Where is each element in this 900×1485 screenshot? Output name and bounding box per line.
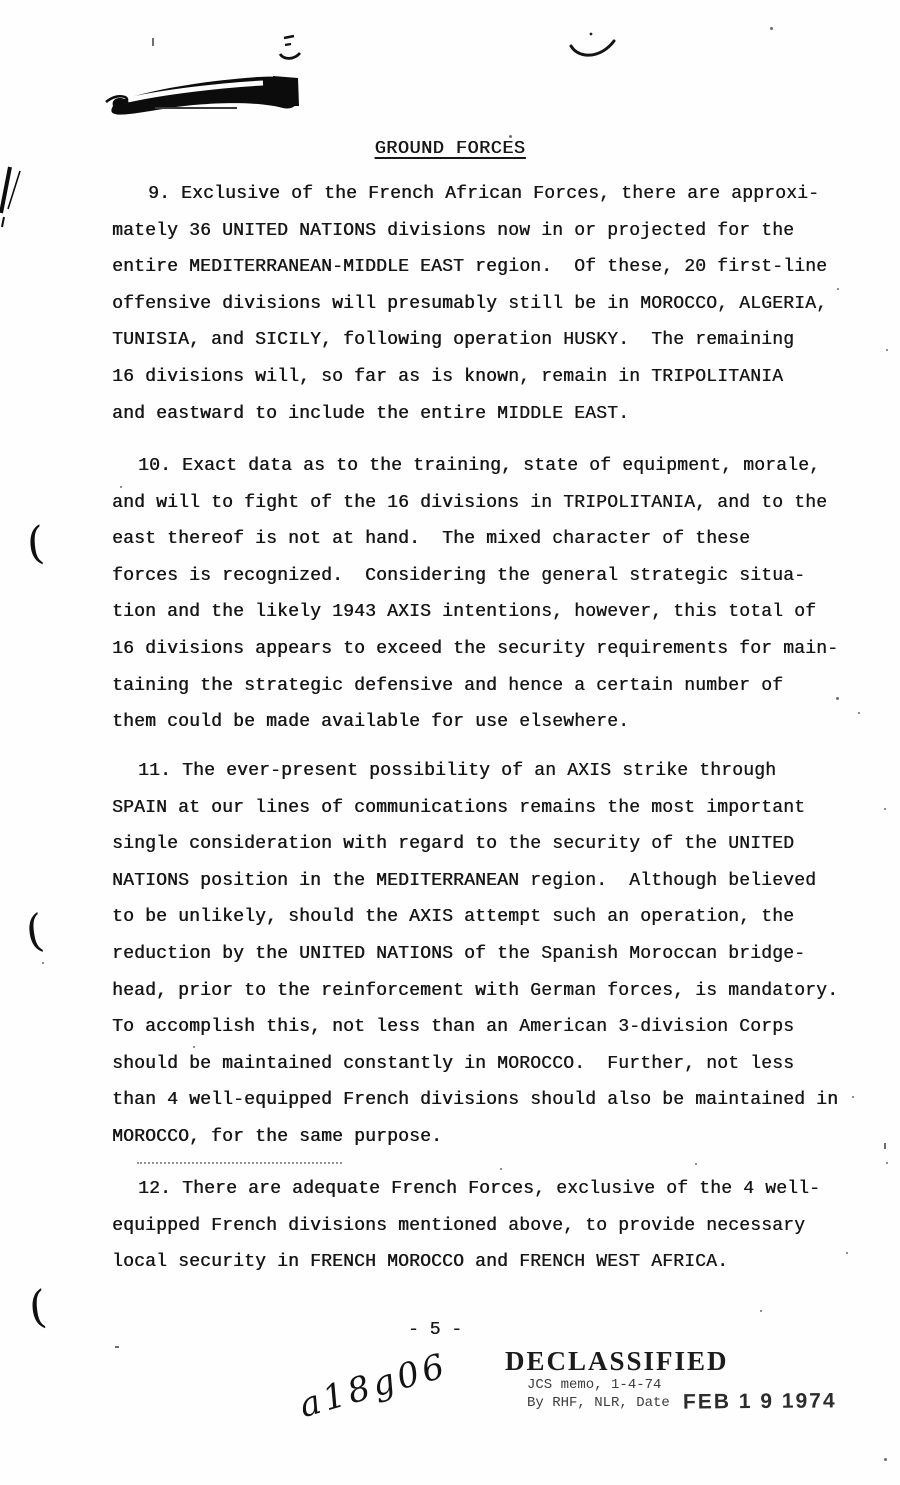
margin-paren-mark: (: [23, 905, 47, 958]
scan-artifact-dots: [137, 1162, 342, 1164]
text-line: TUNISIA, and SICILY, following operation…: [112, 322, 872, 359]
scan-speck: [120, 486, 122, 488]
handwritten-five-squiggle: [272, 30, 306, 70]
page-title: GROUND FORCES: [0, 138, 900, 159]
text-line: them could be made available for use els…: [112, 704, 872, 741]
text-line: 10. Exact data as to the training, state…: [112, 448, 872, 485]
scan-speck: [500, 1168, 502, 1170]
scan-speck: [884, 1458, 887, 1461]
page-title-text: GROUND FORCES: [375, 138, 526, 159]
pen-swoosh: [565, 30, 617, 64]
scanned-document-page: GROUND FORCES 9. Exclusive of the French…: [0, 0, 900, 1485]
text-line: and eastward to include the entire MIDDL…: [112, 396, 872, 433]
scan-speck: [884, 1143, 886, 1149]
scan-speck: [852, 1096, 854, 1098]
text-line: 16 divisions appears to exceed the secur…: [112, 631, 872, 668]
page-number: - 5 -: [385, 1320, 485, 1340]
text-line: MOROCCO, for the same purpose.: [112, 1119, 872, 1156]
paragraph-10: 10. Exact data as to the training, state…: [112, 448, 872, 741]
paragraph-9: 9. Exclusive of the French African Force…: [112, 176, 872, 432]
text-line: forces is recognized. Considering the ge…: [112, 558, 872, 595]
text-line: NATIONS position in the MEDITERRANEAN re…: [112, 863, 872, 900]
scan-speck: [886, 1162, 888, 1164]
paragraph-12: 12. There are adequate French Forces, ex…: [112, 1171, 872, 1281]
text-line: than 4 well-equipped French divisions sh…: [112, 1082, 872, 1119]
scan-speck: [193, 1046, 195, 1048]
declassification-stamp: DECLASSIFIED JCS memo, 1-4-74 By RHF, NL…: [505, 1346, 835, 1412]
text-line: 9. Exclusive of the French African Force…: [112, 176, 872, 213]
scan-speck: [884, 808, 886, 810]
text-line: To accomplish this, not less than an Ame…: [112, 1009, 872, 1046]
text-line: 11. The ever-present possibility of an A…: [112, 753, 872, 790]
scan-speck: [846, 1252, 848, 1254]
ink-smear: [103, 70, 303, 122]
text-line: and will to fight of the 16 divisions in…: [112, 485, 872, 522]
text-line: taining the strategic defensive and henc…: [112, 668, 872, 705]
scan-speck: [858, 712, 860, 714]
text-line: single consideration with regard to the …: [112, 826, 872, 863]
scan-speck: [837, 288, 839, 290]
text-line: local security in FRENCH MOROCCO and FRE…: [112, 1244, 872, 1281]
margin-paren-mark: (: [26, 1281, 48, 1334]
scan-speck: [115, 1346, 119, 1348]
text-line: entire MEDITERRANEAN-MIDDLE EAST region.…: [112, 249, 872, 286]
text-line: tion and the likely 1943 AXIS intentions…: [112, 594, 872, 631]
scan-speck: [152, 38, 154, 46]
text-line: 12. There are adequate French Forces, ex…: [112, 1171, 872, 1208]
smear-underline: [155, 107, 237, 109]
text-line: reduction by the UNITED NATIONS of the S…: [112, 936, 872, 973]
text-line: SPAIN at our lines of communications rem…: [112, 790, 872, 827]
scan-speck: [770, 27, 773, 30]
declassified-stamp-text: DECLASSIFIED: [505, 1346, 835, 1378]
scan-speck: [760, 1310, 762, 1312]
margin-slash-mark: [0, 165, 24, 235]
text-line: equipped French divisions mentioned abov…: [112, 1208, 872, 1245]
text-line: should be maintained constantly in MOROC…: [112, 1046, 872, 1083]
scan-speck: [509, 135, 512, 138]
paragraph-11: 11. The ever-present possibility of an A…: [112, 753, 872, 1156]
text-line: mately 36 UNITED NATIONS divisions now i…: [112, 213, 872, 250]
scan-speck: [42, 962, 44, 964]
scan-speck: [836, 697, 839, 700]
text-line: offensive divisions will presumably stil…: [112, 286, 872, 323]
text-line: east thereof is not at hand. The mixed c…: [112, 521, 872, 558]
date-stamp: FEB 1 9 1974: [683, 1389, 837, 1414]
text-line: 16 divisions will, so far as is known, r…: [112, 359, 872, 396]
handwritten-code: a18g06: [295, 1345, 453, 1426]
scan-speck: [886, 349, 888, 351]
text-line: to be unlikely, should the AXIS attempt …: [112, 899, 872, 936]
margin-paren-mark: (: [25, 517, 47, 569]
scan-speck: [695, 1163, 697, 1165]
text-line: head, prior to the reinforcement with Ge…: [112, 973, 872, 1010]
